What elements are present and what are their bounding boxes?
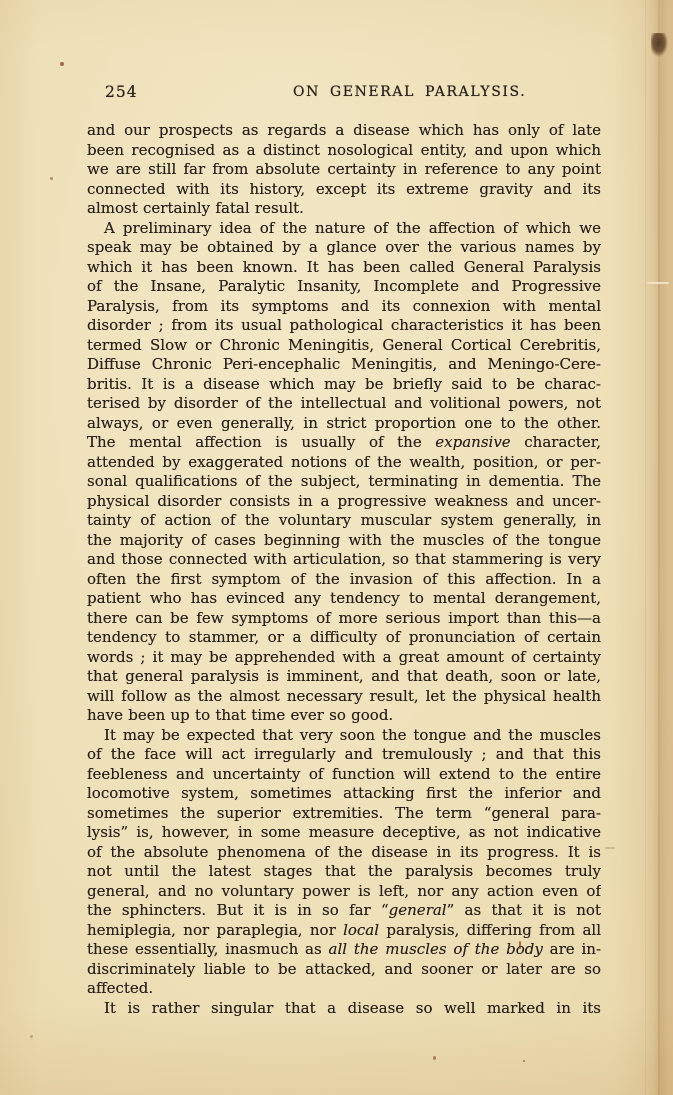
paragraph: It may be expected that very soon the to…: [87, 726, 601, 999]
text-line: disorder ; from its usual pathological c…: [87, 316, 601, 336]
text-line: feebleness and uncertainty of function w…: [87, 765, 601, 785]
italic-text: all the muscles of the body: [329, 940, 543, 958]
text-line: lysis” is, however, in some measure dece…: [87, 823, 601, 843]
foxing-speck: [433, 1056, 436, 1060]
text-line: always, or even generally, in strict pro…: [87, 414, 601, 434]
foxing-speck: [523, 1060, 525, 1062]
text-line: these essentially, inasmuch as all the m…: [87, 940, 601, 960]
text-line: of the face will act irregularly and tre…: [87, 745, 601, 765]
italic-text: general: [389, 901, 447, 919]
foxing-speck: [30, 1035, 33, 1038]
text-line: termed Slow or Chronic Meningitis, Gener…: [87, 336, 601, 356]
foxing-speck: [605, 847, 615, 849]
edge-scratch: [647, 282, 669, 284]
edge-dark-mark: [651, 33, 668, 57]
text-line: hemiplegia, nor paraplegia, nor local pa…: [87, 921, 601, 941]
text-line: affected.: [87, 979, 601, 999]
text-line: attended by exaggerated notions of the w…: [87, 453, 601, 473]
running-title: ON GENERAL PARALYSIS.: [293, 84, 526, 100]
book-page-scan: 254 ON GENERAL PARALYSIS. and our prospe…: [0, 0, 673, 1095]
text-line: have been up to that time ever so good.: [87, 706, 601, 726]
foxing-speck: [50, 177, 53, 180]
text-line: almost certainly fatal result.: [87, 199, 601, 219]
text-line: general, and no voluntary power is left,…: [87, 882, 601, 902]
text-line: sonal qualifications of the subject, ter…: [87, 472, 601, 492]
text-line: connected with its history, except its e…: [87, 180, 601, 200]
text-line: and our prospects as regards a disease w…: [87, 121, 601, 141]
text-line: locomotive system, sometimes attacking f…: [87, 784, 601, 804]
text-line: A preliminary idea of the nature of the …: [87, 219, 601, 239]
page-number: 254: [105, 83, 138, 101]
text-line: tendency to stammer, or a difficulty of …: [87, 628, 601, 648]
text-line: been recognised as a distinct nosologica…: [87, 141, 601, 161]
text-line: and those connected with articulation, s…: [87, 550, 601, 570]
text-line: not until the latest stages that the par…: [87, 862, 601, 882]
italic-text: local: [343, 921, 379, 939]
text-line: of the absolute phenomena of the disease…: [87, 843, 601, 863]
text-line: there can be few symptoms of more seriou…: [87, 609, 601, 629]
page-crease-line: [645, 0, 646, 1095]
text-line: will follow as the almost necessary resu…: [87, 687, 601, 707]
text-line: often the first symptom of the invasion …: [87, 570, 601, 590]
paragraph: A preliminary idea of the nature of the …: [87, 219, 601, 726]
text-line: tainty of action of the voluntary muscul…: [87, 511, 601, 531]
text-line: which it has been known. It has been cal…: [87, 258, 601, 278]
text-line: The mental affection is usually of the e…: [87, 433, 601, 453]
running-header: 254 ON GENERAL PARALYSIS.: [0, 83, 673, 103]
text-line: It may be expected that very soon the to…: [87, 726, 601, 746]
italic-text: expansive: [435, 433, 510, 451]
text-line: that general paralysis is imminent, and …: [87, 667, 601, 687]
page-edge-line: [658, 0, 660, 1095]
text-line: discriminately liable to be attacked, an…: [87, 960, 601, 980]
text-line: britis. It is a disease which may be bri…: [87, 375, 601, 395]
text-line: Diffuse Chronic Peri-encephalic Meningit…: [87, 355, 601, 375]
text-line: patient who has evinced any tendency to …: [87, 589, 601, 609]
text-line: sometimes the superior extremities. The …: [87, 804, 601, 824]
text-line: Paralysis, from its symptoms and its con…: [87, 297, 601, 317]
text-block: and our prospects as regards a disease w…: [87, 121, 601, 1018]
text-line: of the Insane, Paralytic Insanity, Incom…: [87, 277, 601, 297]
text-line: we are still far from absolute certainty…: [87, 160, 601, 180]
text-line: speak may be obtained by a glance over t…: [87, 238, 601, 258]
text-line: the majority of cases beginning with the…: [87, 531, 601, 551]
text-line: terised by disorder of the intellectual …: [87, 394, 601, 414]
paragraph: It is rather singular that a disease so …: [87, 999, 601, 1019]
text-line: physical disorder consists in a progress…: [87, 492, 601, 512]
paragraph: and our prospects as regards a disease w…: [87, 121, 601, 219]
text-line: the sphincters. But it is in so far “gen…: [87, 901, 601, 921]
text-line: words ; it may be apprehended with a gre…: [87, 648, 601, 668]
text-line: It is rather singular that a disease so …: [87, 999, 601, 1019]
foxing-speck: [60, 62, 64, 66]
